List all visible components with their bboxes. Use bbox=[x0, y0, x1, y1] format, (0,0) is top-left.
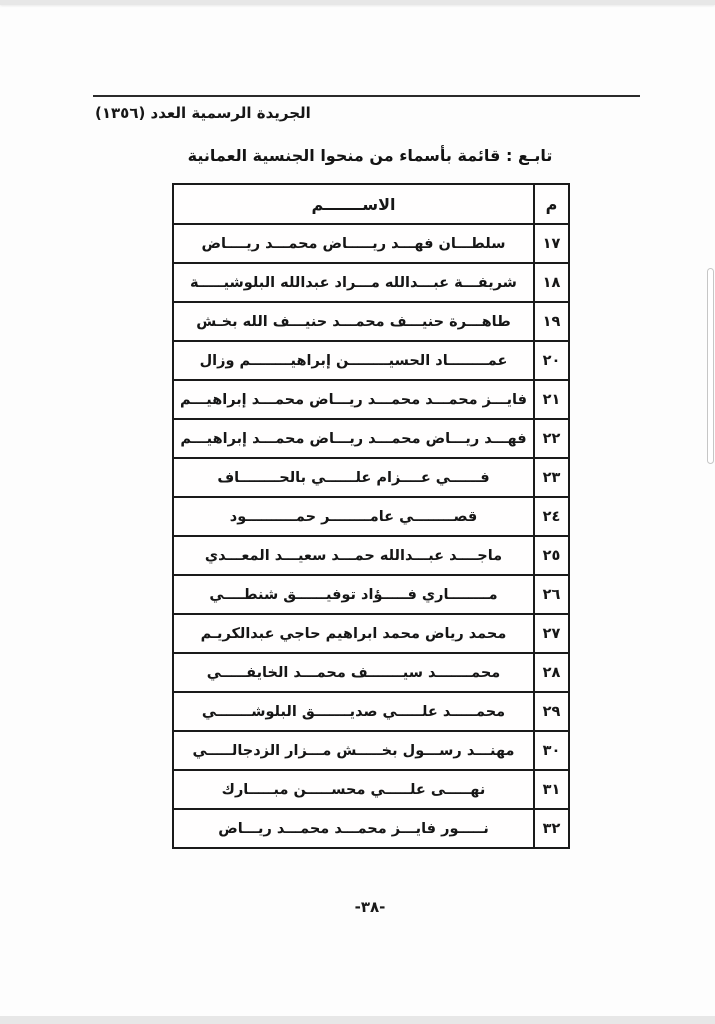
row-index-cell: ١٨ bbox=[534, 263, 569, 302]
row-index-cell: ٢٤ bbox=[534, 497, 569, 536]
row-name-cell: محمد رياض محمد ابراهيم حاجي عبدالكريـم bbox=[173, 614, 534, 653]
table-row: ٢٧محمد رياض محمد ابراهيم حاجي عبدالكريـم bbox=[173, 614, 569, 653]
row-name-cell: فهـــد ريـــاض محمـــد ريـــاض محمـــد إ… bbox=[173, 419, 534, 458]
row-name-cell: عمــــــــاد الحسيــــــــن إبراهيــــــ… bbox=[173, 341, 534, 380]
viewer-top-bar bbox=[0, 0, 715, 5]
row-index-cell: ٢٠ bbox=[534, 341, 569, 380]
row-name-cell: نهـــــى علـــــي محســـــن مبـــــارك bbox=[173, 770, 534, 809]
row-name-cell: ماجــــد عبـــدالله حمـــد سعيـــد المعـ… bbox=[173, 536, 534, 575]
table-row: ٢٠عمــــــــاد الحسيــــــــن إبراهيــــ… bbox=[173, 341, 569, 380]
row-name-cell: طاهـــرة حنيـــف محمـــد حنيـــف الله بخ… bbox=[173, 302, 534, 341]
row-name-cell: سلطـــان فهـــد ريـــــاض محمـــد ريــــ… bbox=[173, 224, 534, 263]
table-row: ٢١فايـــز محمـــد محمـــد ريـــاض محمـــ… bbox=[173, 380, 569, 419]
column-header-index: م bbox=[534, 184, 569, 224]
row-index-cell: ١٧ bbox=[534, 224, 569, 263]
row-index-cell: ٢٢ bbox=[534, 419, 569, 458]
table-header: م الاســـــــم bbox=[173, 184, 569, 224]
page-number: -٣٨- bbox=[172, 898, 568, 916]
table-row: ٢٥ماجــــد عبـــدالله حمـــد سعيـــد الم… bbox=[173, 536, 569, 575]
row-name-cell: شريفـــة عبـــدالله مـــراد عبدالله البل… bbox=[173, 263, 534, 302]
row-name-cell: نـــــور فايـــز محمـــد محمـــد ريـــاض bbox=[173, 809, 534, 848]
viewer-bottom-bar bbox=[0, 1016, 715, 1024]
table-row: ٣٠مهنـــد رســـول بخـــــش مـــزار الزدج… bbox=[173, 731, 569, 770]
row-index-cell: ٣٢ bbox=[534, 809, 569, 848]
row-name-cell: محمـــــــد سيـــــــف محمـــد الخايفـــ… bbox=[173, 653, 534, 692]
row-index-cell: ٢٥ bbox=[534, 536, 569, 575]
row-index-cell: ١٩ bbox=[534, 302, 569, 341]
row-index-cell: ٣١ bbox=[534, 770, 569, 809]
row-name-cell: مــــــــاري فـــــؤاد توفيــــــق شنطــ… bbox=[173, 575, 534, 614]
row-name-cell: فــــــي عــــزام علــــــي بالحــــــــ… bbox=[173, 458, 534, 497]
row-index-cell: ٣٠ bbox=[534, 731, 569, 770]
table-row: ٢٨محمـــــــد سيـــــــف محمـــد الخايفـ… bbox=[173, 653, 569, 692]
row-index-cell: ٢٣ bbox=[534, 458, 569, 497]
row-index-cell: ٢٩ bbox=[534, 692, 569, 731]
row-name-cell: فايـــز محمـــد محمـــد ريـــاض محمـــد … bbox=[173, 380, 534, 419]
table-row: ٢٤قصــــــــي عامــــــــر حمــــــــــو… bbox=[173, 497, 569, 536]
row-index-cell: ٢٧ bbox=[534, 614, 569, 653]
table-row: ٢٩محمـــــد علـــــي صديـــــــق البلوشـ… bbox=[173, 692, 569, 731]
gazette-header: الجريدة الرسمية العدد (١٣٥٦) bbox=[95, 104, 311, 122]
table-row: ٢٣فــــــي عــــزام علــــــي بالحــــــ… bbox=[173, 458, 569, 497]
table-row: ٢٢فهـــد ريـــاض محمـــد ريـــاض محمـــد… bbox=[173, 419, 569, 458]
column-header-name: الاســـــــم bbox=[173, 184, 534, 224]
table-row: ١٨شريفـــة عبـــدالله مـــراد عبدالله ال… bbox=[173, 263, 569, 302]
scrollbar-thumb[interactable] bbox=[707, 268, 714, 464]
table-row: ٢٦مــــــــاري فـــــؤاد توفيــــــق شنط… bbox=[173, 575, 569, 614]
row-name-cell: قصــــــــي عامــــــــر حمــــــــــود bbox=[173, 497, 534, 536]
table-row: ١٩طاهـــرة حنيـــف محمـــد حنيـــف الله … bbox=[173, 302, 569, 341]
row-index-cell: ٢٦ bbox=[534, 575, 569, 614]
table-row: ٣٢نـــــور فايـــز محمـــد محمـــد ريـــ… bbox=[173, 809, 569, 848]
row-name-cell: مهنـــد رســـول بخـــــش مـــزار الزدجال… bbox=[173, 731, 534, 770]
row-index-cell: ٢٨ bbox=[534, 653, 569, 692]
table-header-row: م الاســـــــم bbox=[173, 184, 569, 224]
document-title: تابـع : قائمة بأسماء من منحوا الجنسية ال… bbox=[140, 146, 600, 165]
table-body: ١٧سلطـــان فهـــد ريـــــاض محمـــد ريــ… bbox=[173, 224, 569, 848]
table-row: ١٧سلطـــان فهـــد ريـــــاض محمـــد ريــ… bbox=[173, 224, 569, 263]
row-name-cell: محمـــــد علـــــي صديـــــــق البلوشـــ… bbox=[173, 692, 534, 731]
table-row: ٣١نهـــــى علـــــي محســـــن مبـــــارك bbox=[173, 770, 569, 809]
row-index-cell: ٢١ bbox=[534, 380, 569, 419]
document-page: الجريدة الرسمية العدد (١٣٥٦) تابـع : قائ… bbox=[0, 0, 715, 1024]
header-divider-line bbox=[93, 95, 640, 97]
names-table: م الاســـــــم ١٧سلطـــان فهـــد ريـــــ… bbox=[172, 183, 570, 849]
